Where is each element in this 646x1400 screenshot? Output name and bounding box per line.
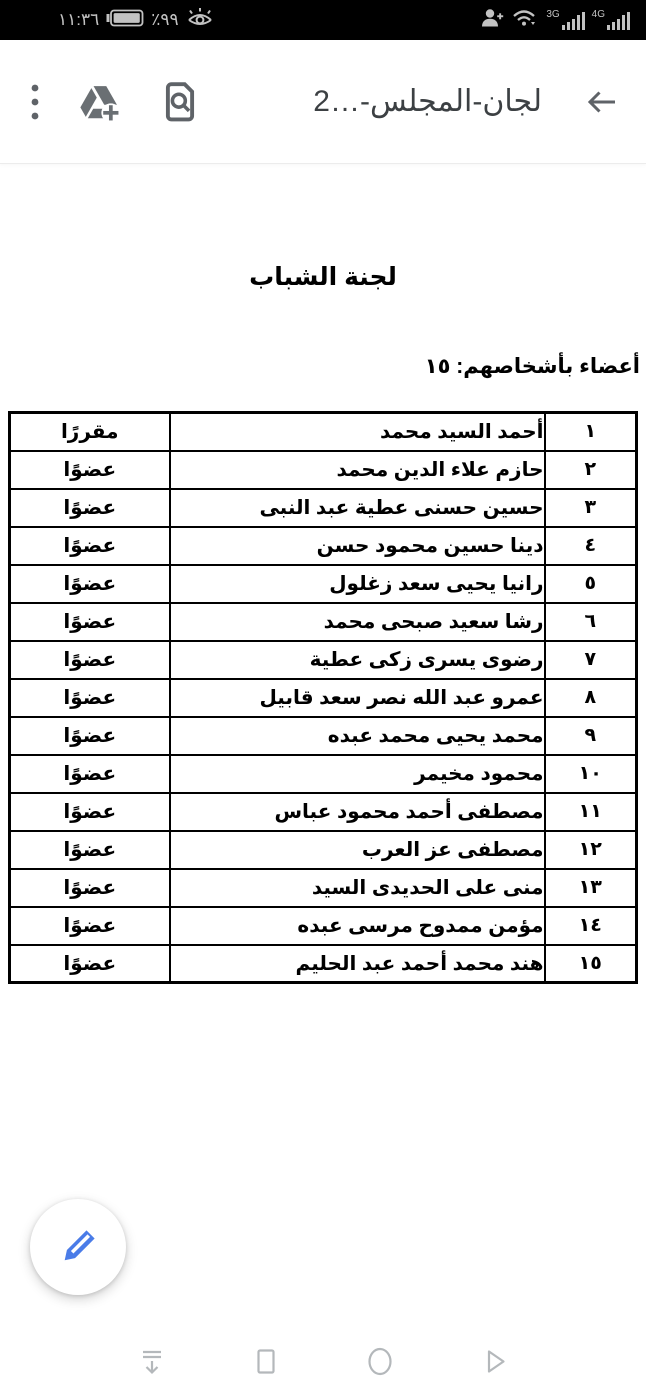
members-table-body: ١أحمد السيد محمدمقررًا٢حازم علاء الدين م… (10, 413, 637, 983)
table-row: ٦رشا سعيد صبحى محمدعضوًا (10, 603, 637, 641)
row-number: ٩ (545, 717, 637, 755)
signal-4g: 4G (592, 9, 630, 31)
member-role: عضوًا (10, 793, 170, 831)
member-name: حسين حسنى عطية عبد النبى (170, 489, 545, 527)
find-in-document-button[interactable] (156, 77, 204, 127)
member-role: عضوًا (10, 755, 170, 793)
row-number: ٨ (545, 679, 637, 717)
member-role: عضوًا (10, 451, 170, 489)
member-name: مؤمن ممدوح مرسى عبده (170, 907, 545, 945)
member-role: عضوًا (10, 907, 170, 945)
table-row: ١١مصطفى أحمد محمود عباسعضوًا (10, 793, 637, 831)
member-name: محمد يحيى محمد عبده (170, 717, 545, 755)
member-name: دينا حسين محمود حسن (170, 527, 545, 565)
back-triangle-icon (478, 1346, 510, 1378)
find-in-document-icon (160, 81, 200, 123)
table-row: ٨عمرو عبد الله نصر سعد قابيلعضوًا (10, 679, 637, 717)
add-to-drive-button[interactable] (74, 77, 126, 127)
row-number: ١٣ (545, 869, 637, 907)
signal-bars-4g (606, 9, 630, 31)
navigation-bar (0, 1324, 646, 1400)
status-time: ١١:٣٦ (58, 10, 99, 30)
row-number: ١٢ (545, 831, 637, 869)
member-name: رشا سعيد صبحى محمد (170, 603, 545, 641)
table-row: ١٥هند محمد أحمد عبد الحليمعضوًا (10, 945, 637, 983)
row-number: ١٥ (545, 945, 637, 983)
member-name: عمرو عبد الله نصر سعد قابيل (170, 679, 545, 717)
recents-square-icon (250, 1346, 282, 1378)
member-role: مقررًا (10, 413, 170, 451)
edit-fab[interactable] (30, 1199, 126, 1295)
member-role: عضوًا (10, 869, 170, 907)
screen: ١١:٣٦ ٪٩٩ (0, 0, 646, 1400)
row-number: ٦ (545, 603, 637, 641)
pencil-icon (55, 1224, 101, 1270)
member-name: مصطفى عز العرب (170, 831, 545, 869)
row-number: ١٤ (545, 907, 637, 945)
table-row: ١٤مؤمن ممدوح مرسى عبدهعضوًا (10, 907, 637, 945)
member-name: رانيا يحيى سعد زغلول (170, 565, 545, 603)
member-role: عضوًا (10, 945, 170, 983)
table-row: ٥رانيا يحيى سعد زغلولعضوًا (10, 565, 637, 603)
battery-icon (106, 8, 144, 33)
member-role: عضوًا (10, 831, 170, 869)
home-circle-icon (364, 1346, 396, 1378)
member-role: عضوًا (10, 641, 170, 679)
row-number: ٣ (545, 489, 637, 527)
table-row: ١٣منى على الحديدى السيدعضوًا (10, 869, 637, 907)
battery-percent: ٪٩٩ (151, 10, 178, 30)
home-button[interactable] (362, 1344, 398, 1380)
overflow-menu-icon (30, 83, 40, 121)
table-row: ٣حسين حسنى عطية عبد النبىعضوًا (10, 489, 637, 527)
row-number: ٧ (545, 641, 637, 679)
member-role: عضوًا (10, 565, 170, 603)
signal-3g: 3G (546, 9, 584, 31)
row-number: ١٠ (545, 755, 637, 793)
doc-heading: لجنة الشباب (0, 262, 646, 292)
member-role: عضوًا (10, 527, 170, 565)
document-title: لجان-المجلس-…2 (234, 84, 542, 119)
document-page: لجنة الشباب أعضاء بأشخاصهم: ١٥ ١أحمد الس… (0, 262, 646, 984)
table-row: ٩محمد يحيى محمد عبدهعضوًا (10, 717, 637, 755)
member-name: هند محمد أحمد عبد الحليم (170, 945, 545, 983)
table-row: ٧رضوى يسرى زكى عطيةعضوًا (10, 641, 637, 679)
member-name: منى على الحديدى السيد (170, 869, 545, 907)
add-contact-icon (480, 7, 504, 34)
back-arrow-icon (582, 83, 620, 121)
members-count-line: أعضاء بأشخاصهم: ١٥ (6, 354, 640, 379)
network-type-4g: 4G (592, 10, 605, 20)
table-row: ١٠محمود مخيمرعضوًا (10, 755, 637, 793)
table-row: ١أحمد السيد محمدمقررًا (10, 413, 637, 451)
member-name: مصطفى أحمد محمود عباس (170, 793, 545, 831)
member-role: عضوًا (10, 717, 170, 755)
add-to-drive-icon (78, 81, 122, 123)
status-bar: ١١:٣٦ ٪٩٩ (0, 0, 646, 40)
member-role: عضوًا (10, 489, 170, 527)
members-table: ١أحمد السيد محمدمقررًا٢حازم علاء الدين م… (8, 411, 638, 984)
recents-button[interactable] (248, 1344, 284, 1380)
eye-comfort-icon (186, 7, 214, 34)
back-button[interactable] (578, 79, 624, 125)
overflow-menu-button[interactable] (26, 79, 44, 125)
network-type-3g: 3G (546, 10, 559, 20)
hide-navigation-button[interactable] (134, 1344, 170, 1380)
member-name: حازم علاء الدين محمد (170, 451, 545, 489)
table-row: ٤دينا حسين محمود حسنعضوًا (10, 527, 637, 565)
wifi-icon (511, 7, 539, 34)
status-right-group: 3G 4G (480, 7, 630, 34)
signal-bars-3g (561, 9, 585, 31)
table-row: ٢حازم علاء الدين محمدعضوًا (10, 451, 637, 489)
member-name: رضوى يسرى زكى عطية (170, 641, 545, 679)
row-number: ٤ (545, 527, 637, 565)
back-nav-button[interactable] (476, 1344, 512, 1380)
member-name: أحمد السيد محمد (170, 413, 545, 451)
hide-navigation-icon (136, 1346, 168, 1378)
member-role: عضوًا (10, 603, 170, 641)
row-number: ٥ (545, 565, 637, 603)
table-row: ١٢مصطفى عز العربعضوًا (10, 831, 637, 869)
row-number: ٢ (545, 451, 637, 489)
row-number: ١١ (545, 793, 637, 831)
member-name: محمود مخيمر (170, 755, 545, 793)
app-bar: لجان-المجلس-…2 (0, 40, 646, 163)
status-left-group: ١١:٣٦ ٪٩٩ (58, 7, 214, 34)
row-number: ١ (545, 413, 637, 451)
member-role: عضوًا (10, 679, 170, 717)
